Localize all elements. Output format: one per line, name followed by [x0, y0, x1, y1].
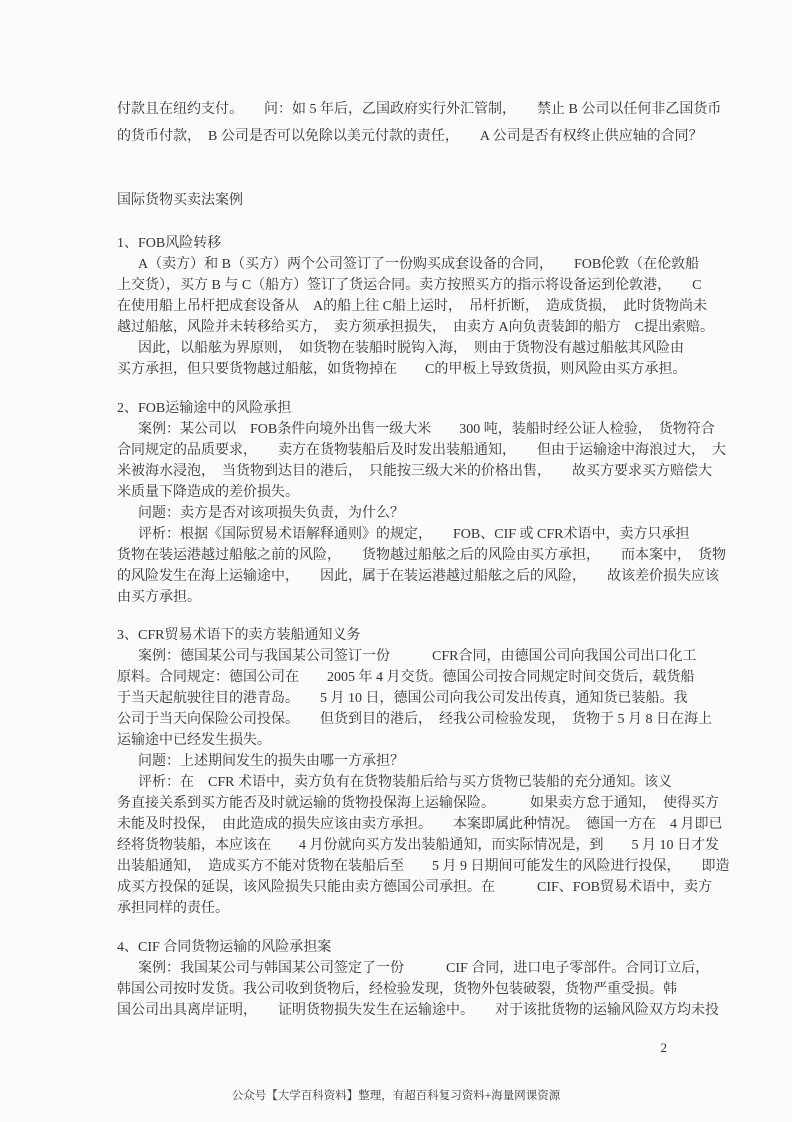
- text-line: 的货币付款， B 公司是否可以免除以美元付款的责任， A 公司是否有权终止供应轴…: [117, 123, 675, 150]
- text-line: 成买方投保的延误，该风险损失只能由卖方德国公司承担。在 CIF、FOB贸易术语中…: [117, 877, 675, 898]
- text-line: 在使用船上吊杆把成套设备从 A的船上往 C船上运时， 吊杆折断， 造成货损， 此…: [117, 296, 675, 317]
- section-2-analysis-paragraph: 评析：根据《国际贸易术语解释通则》的规定， FOB、CIF 或 CFR术语中，卖…: [117, 524, 675, 608]
- text-line: 案例：德国某公司与我国某公司签订一份 CFR合同，由德国公司向我国公司出口化工: [117, 646, 675, 667]
- text-line: 米被海水浸泡， 当货物到达目的港后， 只能按三级大米的价格出售， 故买方要求买方…: [117, 461, 675, 482]
- text-line: 公司于当天向保险公司投保。 但货到目的港后， 经我公司检验发现， 货物于 5 月…: [117, 709, 675, 730]
- section-3-title: 3、CFR贸易术语下的卖方装船通知义务: [117, 625, 675, 646]
- text-line: 承担同样的责任。: [117, 898, 675, 919]
- text-line: 未能及时投保， 由此造成的损失应该由卖方承担。 本案即属此种情况。 德国一方在 …: [117, 814, 675, 835]
- text-line: 上交货），买方 B 与 C（船方）签订了货运合同。卖方按照买方的指示将设备运到伦…: [117, 275, 675, 296]
- text-line: 评析：根据《国际贸易术语解释通则》的规定， FOB、CIF 或 CFR术语中，卖…: [117, 524, 675, 545]
- section-1-conclusion-paragraph: 因此，以船舷为界原则， 如货物在装船时脱钩入海， 则由于货物没有越过船舷其风险由…: [117, 338, 675, 380]
- document-body: 付款且在纽约支付。 问：如 5 年后，乙国政府实行外汇管制， 禁止 B 公司以任…: [117, 96, 675, 1021]
- text-line: 买方承担，但只要货物越过船舷，如货物掉在 C的甲板上导致货损，则风险由买方承担。: [117, 359, 675, 380]
- section-4-title: 4、CIF 合同货物运输的风险承担案: [117, 937, 675, 958]
- text-line: 评析：在 CFR 术语中，卖方负有在货物装船后给与买方货物已装船的充分通知。该义: [117, 772, 675, 793]
- text-line: 国公司出具离岸证明， 证明货物损失发生在运输途中。 对于该批货物的运输风险双方均…: [117, 1000, 675, 1021]
- text-line: 合同规定的品质要求， 卖方在货物装船后及时发出装船通知， 但由于运输途中海浪过大…: [117, 440, 675, 461]
- text-line: 因此，以船舷为界原则， 如货物在装船时脱钩入海， 则由于货物没有越过船舷其风险由: [117, 338, 675, 359]
- footer-note: 公众号【大学百科资料】整理，有超百科复习资料+海量网课资源: [0, 1089, 792, 1104]
- section-1-title: 1、FOB风险转移: [117, 233, 675, 254]
- section-4-case-paragraph: 案例：我国某公司与韩国某公司签定了一份 CIF 合同，进口电子零部件。合同订立后…: [117, 958, 675, 1021]
- section-2-question-line: 问题：卖方是否对该项损失负责，为什么？: [117, 503, 675, 524]
- section-3-question-line: 问题：上述期间发生的损失由哪一方承担？: [117, 751, 675, 772]
- document-title: 国际货物买卖法案例: [117, 190, 675, 211]
- text-line: 货物在装运港越过船舷之前的风险， 货物越过船舷之后的风险由买方承担， 而本案中，…: [117, 545, 675, 566]
- section-2-case-paragraph: 案例：某公司以 FOB条件向境外出售一级大米 300 吨，装船时经公证人检验， …: [117, 419, 675, 503]
- text-line: 由买方承担。: [117, 587, 675, 608]
- section-1-case-paragraph: A（卖方）和 B（买方）两个公司签订了一份购买成套设备的合同， FOB伦敦（在伦…: [117, 254, 675, 338]
- text-line: 案例：某公司以 FOB条件向境外出售一级大米 300 吨，装船时经公证人检验， …: [117, 419, 675, 440]
- section-3-case-paragraph: 案例：德国某公司与我国某公司签订一份 CFR合同，由德国公司向我国公司出口化工 …: [117, 646, 675, 751]
- continued-paragraph: 付款且在纽约支付。 问：如 5 年后，乙国政府实行外汇管制， 禁止 B 公司以任…: [117, 96, 675, 150]
- text-line: 米质量下降造成的差价损失。: [117, 482, 675, 503]
- text-line: 运输途中已经发生损失。: [117, 730, 675, 751]
- text-line: 越过船舷，风险并未转移给买方， 卖方须承担损失， 由卖方 A向负责装卸的船方 C…: [117, 317, 675, 338]
- section-3-analysis-paragraph: 评析：在 CFR 术语中，卖方负有在货物装船后给与买方货物已装船的充分通知。该义…: [117, 772, 675, 919]
- text-line: 经将货物装船，本应该在 4 月份就向买方发出装船通知，而实际情况是，到 5 月 …: [117, 835, 675, 856]
- text-line: 付款且在纽约支付。 问：如 5 年后，乙国政府实行外汇管制， 禁止 B 公司以任…: [117, 96, 675, 123]
- text-line: 案例：我国某公司与韩国某公司签定了一份 CIF 合同，进口电子零部件。合同订立后…: [117, 958, 675, 979]
- text-line: 原料。合同规定：德国公司在 2005 年 4 月交货。德国公司按合同规定时间交货…: [117, 667, 675, 688]
- text-line: 韩国公司按时发货。我公司收到货物后，经检验发现，货物外包装破裂，货物严重受损。韩: [117, 979, 675, 1000]
- section-2-title: 2、FOB运输途中的风险承担: [117, 398, 675, 419]
- text-line: 出装船通知， 造成买方不能对货物在装船后至 5 月 9 日期间可能发生的风险进行…: [117, 856, 675, 877]
- text-line: 务直接关系到买方能否及时就运输的货物投保海上运输保险。 如果卖方怠于通知， 使得…: [117, 793, 675, 814]
- text-line: 于当天起航驶往目的港青岛。 5 月 10 日，德国公司向我公司发出传真，通知货已…: [117, 688, 675, 709]
- text-line: 的风险发生在海上运输途中， 因此，属于在装运港越过船舷之后的风险， 故该差价损失…: [117, 566, 675, 587]
- page-number: 2: [117, 1040, 667, 1056]
- document-page: 付款且在纽约支付。 问：如 5 年后，乙国政府实行外汇管制， 禁止 B 公司以任…: [0, 0, 792, 1122]
- text-line: A（卖方）和 B（买方）两个公司签订了一份购买成套设备的合同， FOB伦敦（在伦…: [117, 254, 675, 275]
